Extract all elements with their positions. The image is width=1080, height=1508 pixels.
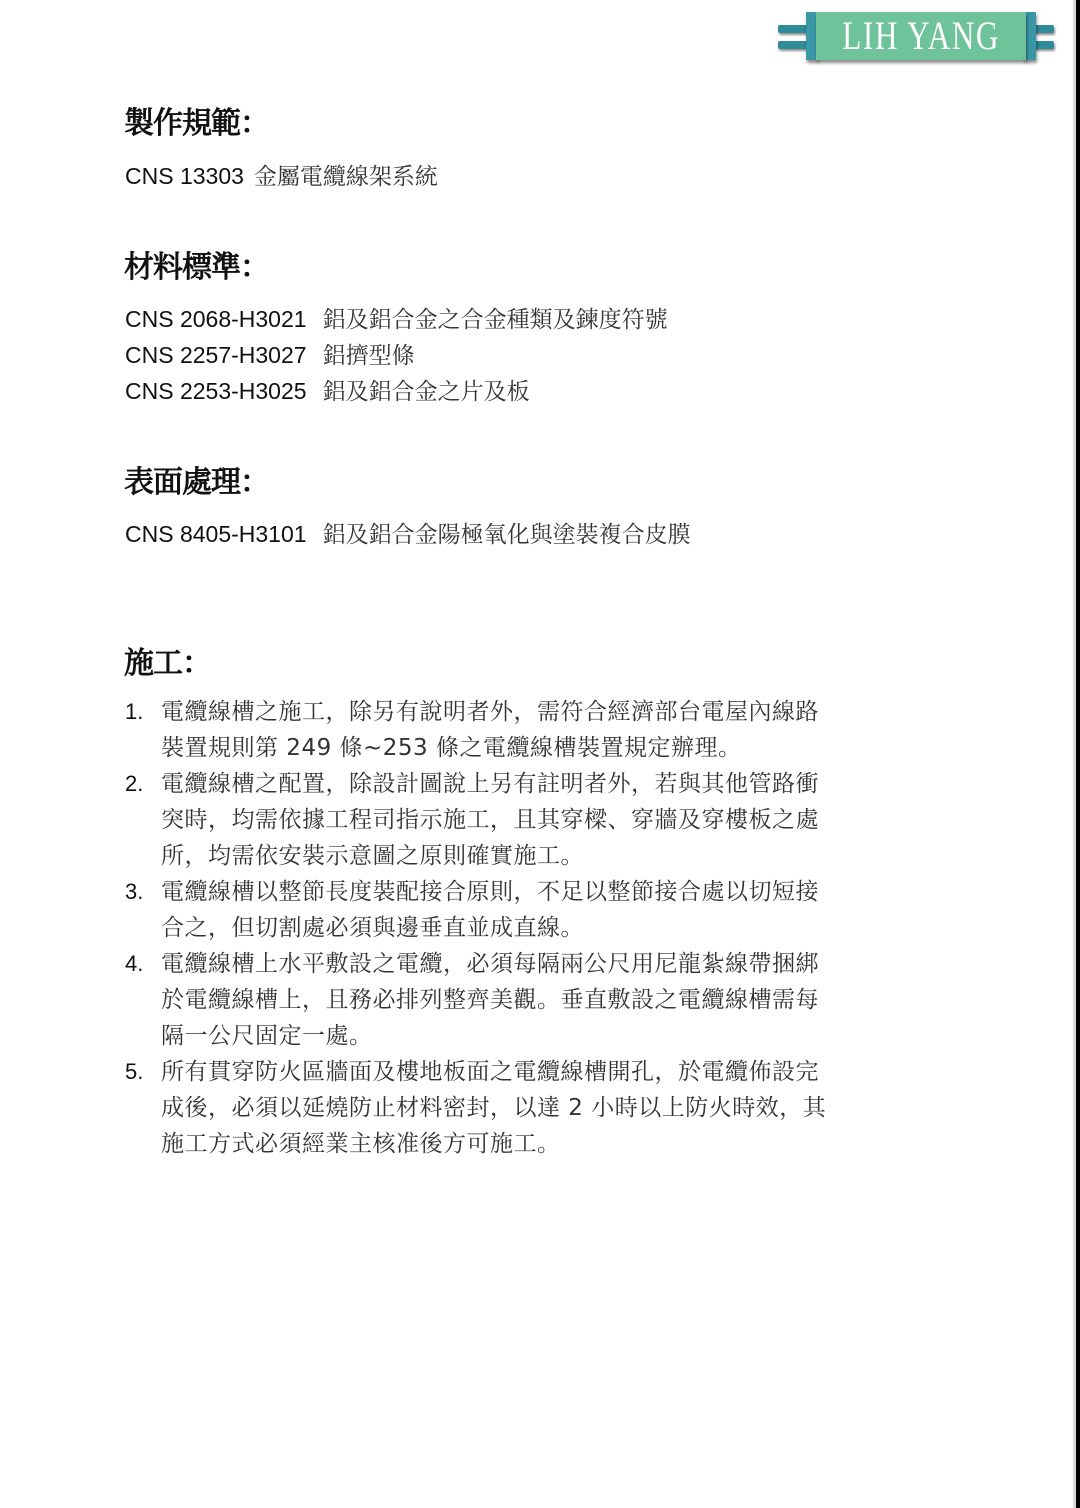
material-code: CNS 2253-H3025 [125, 378, 307, 404]
list-line: 隔一公尺固定一處。 [161, 1018, 945, 1054]
material-desc: 鋁擠型條 [323, 343, 415, 369]
standard-line: CNS 13303金屬電纜線架系統 [125, 158, 438, 191]
list-line: 電纜線槽之施工，除另有說明者外，需符合經濟部台電屋內線路 [161, 694, 945, 730]
heading-production-standard: 製作規範： [124, 98, 269, 142]
list-item: 2. 電纜線槽之配置，除設計圖說上另有註明者外，若與其他管路衝 突時，均需依據工… [125, 766, 945, 874]
construction-list: 1. 電纜線槽之施工，除另有說明者外，需符合經濟部台電屋內線路 裝置規則第 24… [125, 694, 945, 1162]
logo-text: LIH YANG [842, 16, 1000, 56]
list-line: 於電纜線槽上，且務必排列整齊美觀。垂直敷設之電纜線槽需每 [161, 982, 945, 1018]
page-right-border [1076, 0, 1080, 1508]
list-line: 所有貫穿防火區牆面及樓地板面之電纜線槽開孔，於電纜佈設完 [161, 1054, 945, 1090]
list-number: 4. [125, 946, 143, 982]
list-line: 電纜線槽之配置，除設計圖說上另有註明者外，若與其他管路衝 [161, 766, 945, 802]
list-number: 2. [125, 766, 143, 802]
list-line: 突時，均需依據工程司指示施工，且其穿樑、穿牆及穿樓板之處 [161, 802, 945, 838]
material-desc: 鋁及鋁合金之合金種類及鍊度符號 [323, 307, 668, 333]
heading-material-standard: 材料標準： [124, 242, 269, 286]
material-line: CNS 2253-H3025鋁及鋁合金之片及板 [125, 373, 530, 406]
list-number: 1. [125, 694, 143, 730]
list-line: 電纜線槽上水平敷設之電纜，必須每隔兩公尺用尼龍紮線帶捆綁 [161, 946, 945, 982]
list-line: 成後，必須以延燒防止材料密封，以達 2 小時以上防火時效，其 [161, 1090, 945, 1126]
list-number: 5. [125, 1054, 143, 1090]
list-line: 電纜線槽以整節長度裝配接合原則，不足以整節接合處以切短接 [161, 874, 945, 910]
heading-surface-treatment: 表面處理： [124, 457, 269, 501]
material-code: CNS 2068-H3021 [125, 306, 307, 332]
list-line: 裝置規則第 249 條~253 條之電纜線槽裝置規定辦理。 [161, 730, 945, 766]
logo-body: LIH YANG [816, 12, 1026, 60]
surface-line: CNS 8405-H3101鋁及鋁合金陽極氧化與塗裝複合皮膜 [125, 516, 691, 549]
standard-desc: 金屬電纜線架系統 [254, 164, 438, 190]
surface-desc: 鋁及鋁合金陽極氧化與塗裝複合皮膜 [323, 522, 691, 548]
list-item: 5. 所有貫穿防火區牆面及樓地板面之電纜線槽開孔，於電纜佈設完 成後，必須以延燒… [125, 1054, 945, 1162]
standard-code: CNS 13303 [125, 163, 244, 189]
list-line: 所，均需依安裝示意圖之原則確實施工。 [161, 838, 945, 874]
lih-yang-logo: LIH YANG [778, 10, 1054, 66]
list-line: 施工方式必須經業主核准後方可施工。 [161, 1126, 945, 1162]
list-item: 4. 電纜線槽上水平敷設之電纜，必須每隔兩公尺用尼龍紮線帶捆綁 於電纜線槽上，且… [125, 946, 945, 1054]
list-item: 1. 電纜線槽之施工，除另有說明者外，需符合經濟部台電屋內線路 裝置規則第 24… [125, 694, 945, 766]
heading-construction: 施工： [124, 638, 211, 682]
material-desc: 鋁及鋁合金之片及板 [323, 379, 530, 405]
list-number: 3. [125, 874, 143, 910]
list-line: 合之，但切割處必須與邊垂直並成直線。 [161, 910, 945, 946]
material-code: CNS 2257-H3027 [125, 342, 307, 368]
list-item: 3. 電纜線槽以整節長度裝配接合原則，不足以整節接合處以切短接 合之，但切割處必… [125, 874, 945, 946]
material-line: CNS 2068-H3021鋁及鋁合金之合金種類及鍊度符號 [125, 301, 668, 334]
material-line: CNS 2257-H3027鋁擠型條 [125, 337, 415, 370]
surface-code: CNS 8405-H3101 [125, 521, 307, 547]
